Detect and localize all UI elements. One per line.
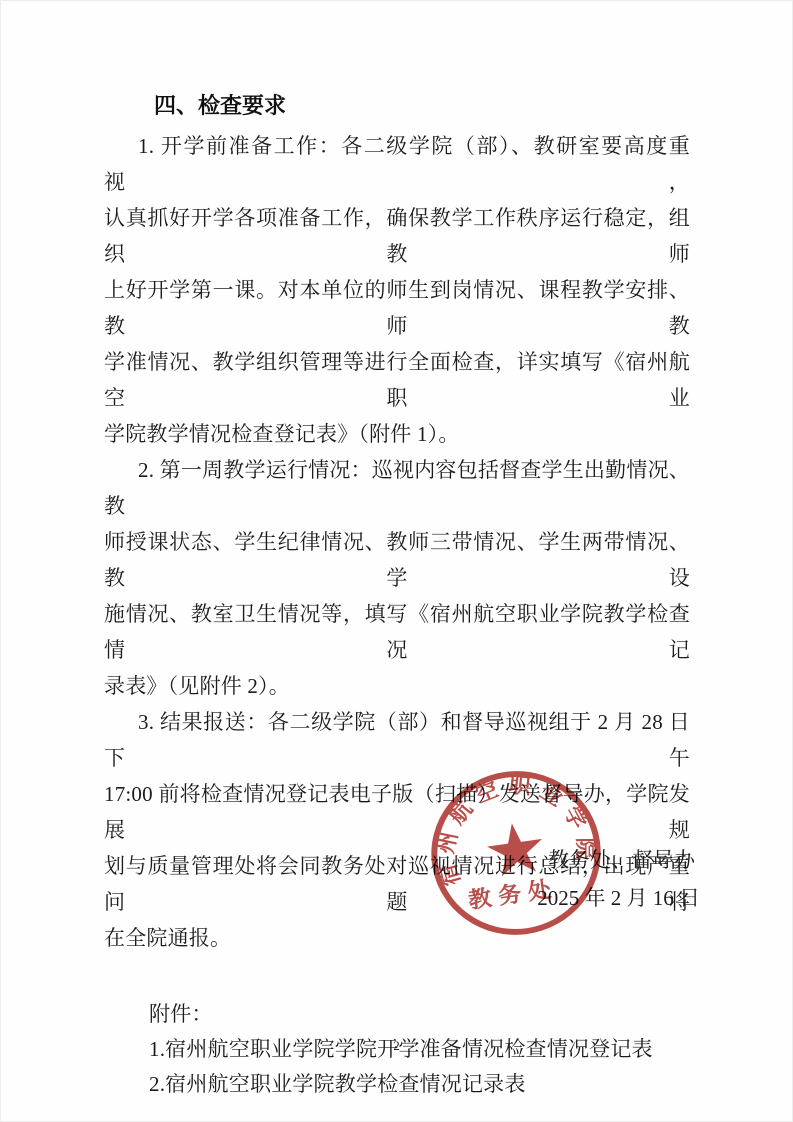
document-page: { "page_number": "2", "document": { "hea…	[0, 0, 793, 1122]
body-line: 师授课状态、学生纪律情况、教师三带情况、学生两带情况、教学设	[104, 524, 690, 596]
page-number: 2	[0, 1038, 793, 1054]
body-line: 认真抓好开学各项准备工作，确保教学工作秩序运行稳定，组织教师	[104, 200, 690, 272]
attachments-label: 附件：	[104, 997, 690, 1032]
page: 四、检查要求 1. 开学前准备工作：各二级学院（部）、教研室要高度重视， 认真抓…	[0, 0, 793, 1122]
body-line: 学院教学情况检查登记表》（附件 1）。	[104, 416, 690, 452]
official-seal-stamp: 宿州航空职业学院 教务处	[419, 759, 612, 947]
section-heading: 四、检查要求	[104, 88, 690, 124]
seal-star-icon	[484, 820, 546, 878]
document-body: 四、检查要求 1. 开学前准备工作：各二级学院（部）、教研室要高度重视， 认真抓…	[104, 88, 690, 1102]
body-line: 1. 开学前准备工作：各二级学院（部）、教研室要高度重视，	[104, 128, 690, 200]
seal-bottom-text: 教务处	[467, 875, 560, 913]
body-line: 17:00 前将检查情况登记表电子版（扫描）发送督导办，学院发展规	[104, 776, 690, 848]
attachment-item: 2.宿州航空职业学院教学检查情况记录表	[104, 1067, 690, 1102]
body-line: 录表》（见附件 2）。	[104, 668, 690, 704]
body-line: 施情况、教室卫生情况等，填写《宿州航空职业学院教学检查情况记	[104, 596, 690, 668]
body-line: 3. 结果报送：各二级学院（部）和督导巡视组于 2 月 28 日下午	[104, 704, 690, 776]
body-line: 上好开学第一课。对本单位的师生到岗情况、课程教学安排、教师教	[104, 272, 690, 344]
body-line: 学准情况、教学组织管理等进行全面检查，详实填写《宿州航空职业	[104, 344, 690, 416]
body-line: 在全院通报。	[104, 920, 690, 956]
body-line: 2. 第一周教学运行情况：巡视内容包括督查学生出勤情况、教	[104, 452, 690, 524]
